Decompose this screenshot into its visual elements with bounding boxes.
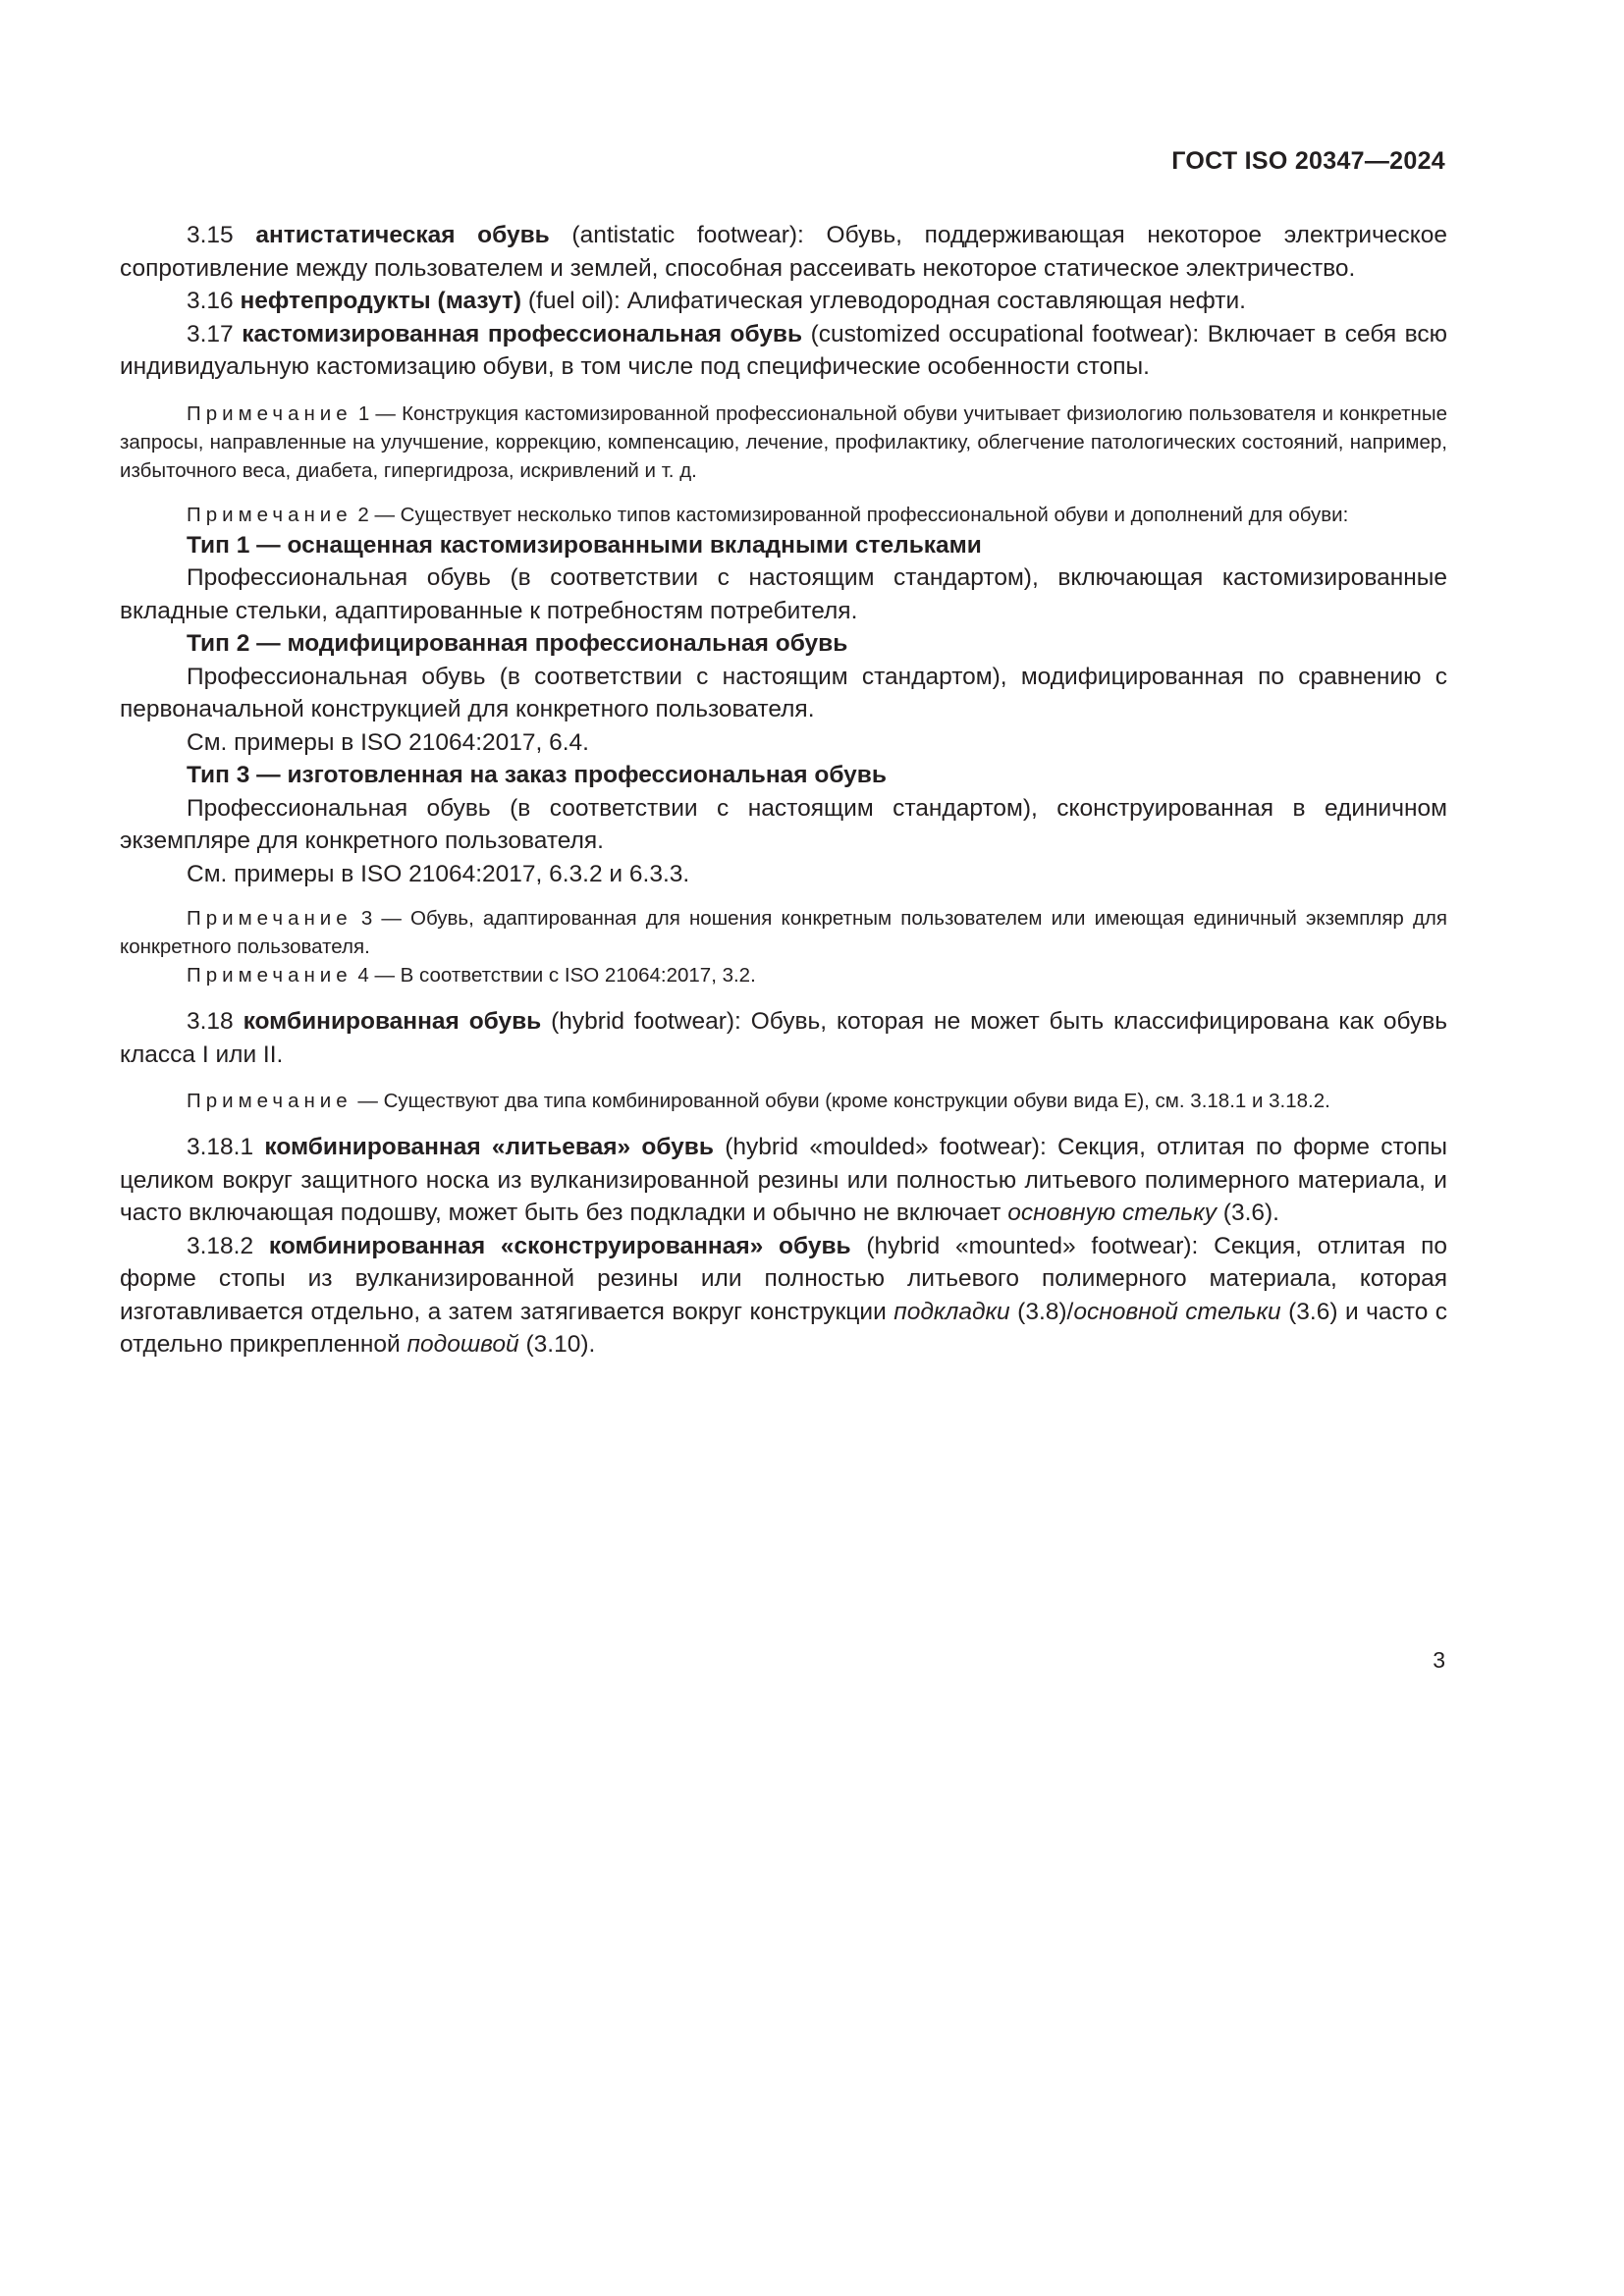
- term-english: (hybrid footwear):: [551, 1008, 741, 1035]
- note-1: Примечание 1 — Конструкция кастомизирова…: [120, 400, 1447, 485]
- type-2-title: Тип 2 — модифицированная профессиональна…: [120, 627, 1447, 661]
- term-number: 3.16: [187, 288, 234, 314]
- term-number: 3.18.2: [187, 1233, 253, 1259]
- term-title: нефтепродукты (мазут): [241, 288, 522, 314]
- term-3-15: 3.15 антистатическая обувь (antistatic f…: [120, 219, 1447, 285]
- note-number: 3 —: [361, 907, 402, 930]
- type-1-description: Профессиональная обувь (в соответствии с…: [120, 561, 1447, 627]
- note-label: Примечание: [187, 907, 352, 930]
- note-label: Примечание: [187, 1090, 352, 1112]
- term-title: кастомизированная профессиональная обувь: [242, 321, 802, 347]
- term-3-17: 3.17 кастомизированная профессиональная …: [120, 318, 1447, 384]
- note-number: 1 —: [358, 402, 396, 425]
- term-reference: основной стельки: [1073, 1299, 1280, 1325]
- type-2-description: Профессиональная обувь (в соответствии с…: [120, 661, 1447, 726]
- term-reference-number: (3.8)/: [1017, 1299, 1073, 1325]
- type-1-title: Тип 1 — оснащенная кастомизированными вк…: [120, 529, 1447, 562]
- document-id-header: ГОСТ ISO 20347—2024: [1171, 147, 1445, 176]
- term-english: (hybrid «mounted» footwear):: [866, 1233, 1198, 1259]
- term-number: 3.18.1: [187, 1134, 253, 1160]
- term-number: 3.15: [187, 222, 234, 248]
- document-body: 3.15 антистатическая обувь (antistatic f…: [120, 219, 1447, 1362]
- term-english: (fuel oil):: [528, 288, 621, 314]
- term-english: (customized occupational footwear):: [811, 321, 1200, 347]
- note-3-18: Примечание — Существуют два типа комбини…: [120, 1087, 1447, 1115]
- term-3-18: 3.18 комбинированная обувь (hybrid footw…: [120, 1005, 1447, 1071]
- note-label: Примечание: [187, 504, 352, 526]
- note-number: 4 —: [357, 964, 395, 987]
- term-3-18-2: 3.18.2 комбинированная «сконструированна…: [120, 1230, 1447, 1362]
- term-number: 3.17: [187, 321, 234, 347]
- term-title: комбинированная «литьевая» обувь: [264, 1134, 714, 1160]
- term-title: комбинированная «сконструированная» обув…: [269, 1233, 851, 1259]
- term-reference: подошвой: [407, 1331, 519, 1358]
- type-3-description: Профессиональная обувь (в соответствии с…: [120, 792, 1447, 858]
- term-definition: Алифатическая углеводородная составляюща…: [627, 288, 1246, 314]
- term-3-16: 3.16 нефтепродукты (мазут) (fuel oil): А…: [120, 285, 1447, 318]
- term-reference: основную стельку: [1007, 1200, 1217, 1226]
- term-reference-number: (3.6).: [1223, 1200, 1279, 1226]
- note-text: Существуют два типа комбинированной обув…: [384, 1090, 1330, 1112]
- term-3-18-1: 3.18.1 комбинированная «литьевая» обувь …: [120, 1131, 1447, 1230]
- term-english: (antistatic footwear):: [571, 222, 803, 248]
- term-number: 3.18: [187, 1008, 234, 1035]
- type-3-title: Тип 3 — изготовленная на заказ профессио…: [120, 759, 1447, 792]
- term-reference-number: (3.10).: [525, 1331, 595, 1358]
- type-2-reference: См. примеры в ISO 21064:2017, 6.4.: [120, 726, 1447, 760]
- type-3-reference: См. примеры в ISO 21064:2017, 6.3.2 и 6.…: [120, 858, 1447, 891]
- note-label: Примечание: [187, 964, 352, 987]
- note-3: Примечание 3 — Обувь, адаптированная для…: [120, 904, 1447, 961]
- note-2: Примечание 2 — Существует несколько типо…: [120, 501, 1447, 529]
- page-number: 3: [1433, 1647, 1445, 1674]
- term-reference: подкладки: [893, 1299, 1009, 1325]
- note-4: Примечание 4 — В соответствии с ISO 2106…: [120, 961, 1447, 989]
- term-title: антистатическая обувь: [255, 222, 549, 248]
- note-text: Существует несколько типов кастомизирова…: [401, 504, 1349, 526]
- term-english: (hybrid «moulded» footwear):: [725, 1134, 1047, 1160]
- term-title: комбинированная обувь: [244, 1008, 542, 1035]
- note-label: Примечание: [187, 402, 352, 425]
- note-text: В соответствии с ISO 21064:2017, 3.2.: [401, 964, 756, 987]
- note-number: —: [357, 1090, 378, 1112]
- note-number: 2 —: [357, 504, 395, 526]
